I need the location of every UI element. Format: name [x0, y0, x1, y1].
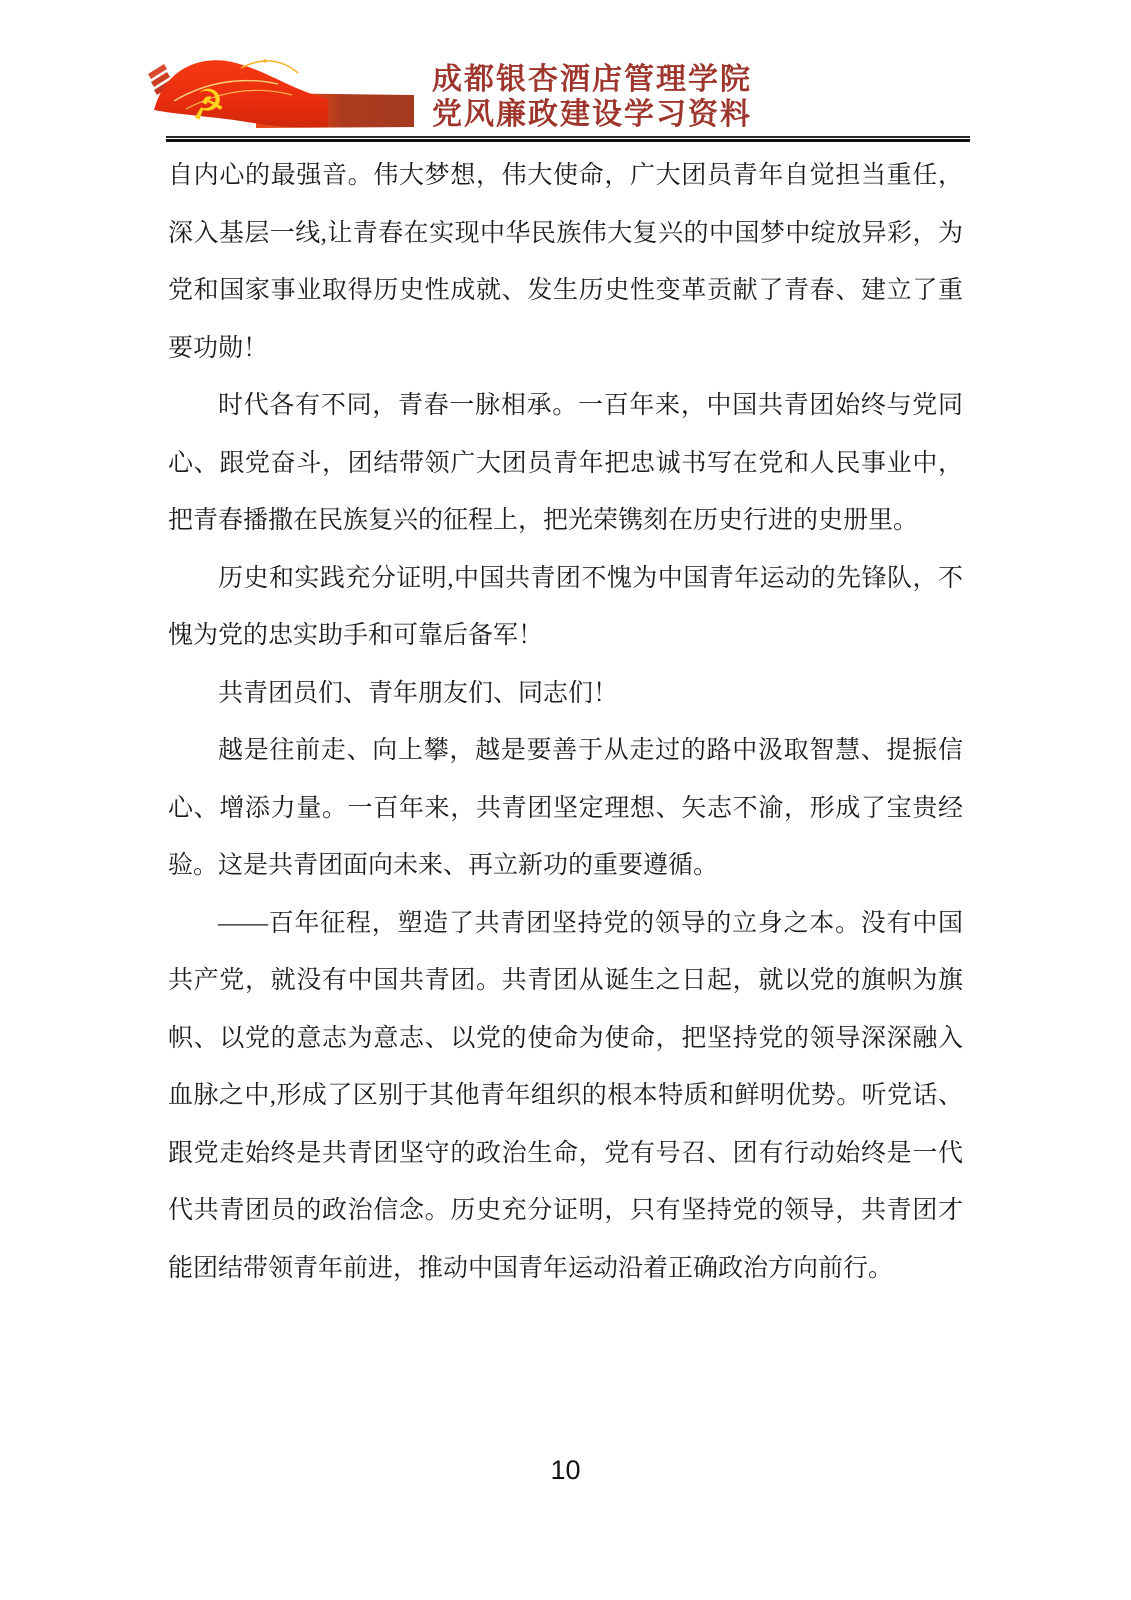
- body-paragraph: 历史和实践充分证明,中国共青团不愧为中国青年运动的先锋队，不愧为党的忠实助手和可…: [168, 550, 963, 665]
- divider-thick-line: [166, 139, 970, 142]
- divider-thin-line: [166, 136, 970, 138]
- body-paragraph: 自内心的最强音。伟大梦想，伟大使命，广大团员青年自觉担当重任，深入基层一线,让青…: [168, 147, 963, 377]
- document-page: ☭ 成都银杏酒店管理学院 党风廉政建设学习资料 自内心的最强音。伟大梦想，伟大使…: [0, 0, 1131, 1600]
- header-org-title: 成都银杏酒店管理学院: [432, 62, 752, 97]
- header-divider: [166, 136, 970, 142]
- body-paragraph: 时代各有不同，青春一脉相承。一百年来，中国共青团始终与党同心、跟党奋斗，团结带领…: [168, 377, 963, 550]
- header-logo: ☭: [146, 56, 418, 134]
- header-doc-title: 党风廉政建设学习资料: [432, 97, 752, 132]
- body-paragraph: 越是往前走、向上攀，越是要善于从走过的路中汲取智慧、提振信心、增添力量。一百年来…: [168, 722, 963, 895]
- body-paragraph: 共青团员们、青年朋友们、同志们！: [168, 665, 963, 723]
- header-titles: 成都银杏酒店管理学院 党风廉政建设学习资料: [432, 62, 752, 132]
- party-flag-icon: ☭: [146, 56, 418, 134]
- body-paragraph: ——百年征程，塑造了共青团坚持党的领导的立身之本。没有中国共产党，就没有中国共青…: [168, 895, 963, 1298]
- page-number: 10: [0, 1455, 1131, 1486]
- body-text: 自内心的最强音。伟大梦想，伟大使命，广大团员青年自觉担当重任，深入基层一线,让青…: [168, 147, 963, 1297]
